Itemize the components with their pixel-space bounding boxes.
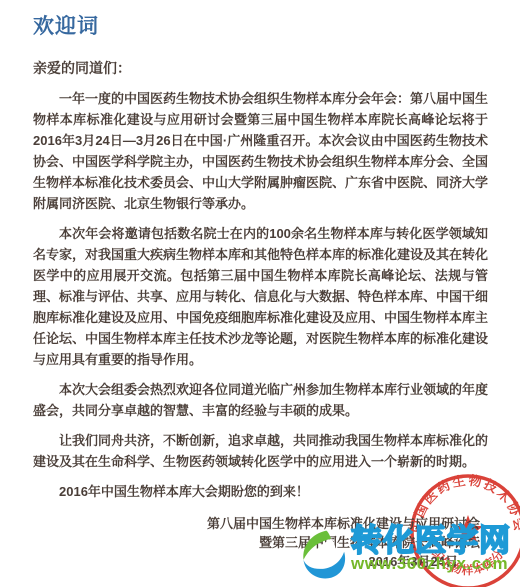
letter-body: 一年一度的中国医药生物技术协会组织生物样本库分会年会：第八届中国生物样本库标准化… <box>33 88 488 502</box>
watermark-site-url: www.360zhyx.com <box>351 555 511 573</box>
paragraph-3: 本次大会组委会热烈欢迎各位同道光临广州参加生物样本库行业领域的年度盛会，共同分享… <box>33 379 488 421</box>
paragraph-2: 本次年会将邀请包括数名院士在内的100余名生物样本库与转化医学领域知名专家，对我… <box>33 223 488 370</box>
watermark-swirl-logo-icon <box>297 526 349 584</box>
salutation: 亲爱的同道们： <box>33 58 488 78</box>
paragraph-4: 让我们同舟共济，不断创新，追求卓越，共同推动我国生物样本库标准化的建设及其在生命… <box>33 430 488 472</box>
page-title: 欢迎词 <box>33 10 488 40</box>
watermark: 转化医学网 www.360zhyx.com <box>297 524 511 584</box>
welcome-letter-page: 欢迎词 亲爱的同道们： 一年一度的中国医药生物技术协会组织生物样本库分会年会：第… <box>0 0 520 587</box>
watermark-site-name: 转化医学网 <box>351 524 511 557</box>
watermark-texts: 转化医学网 www.360zhyx.com <box>351 524 511 573</box>
paragraph-1: 一年一度的中国医药生物技术协会组织生物样本库分会年会：第八届中国生物样本库标准化… <box>33 88 488 214</box>
